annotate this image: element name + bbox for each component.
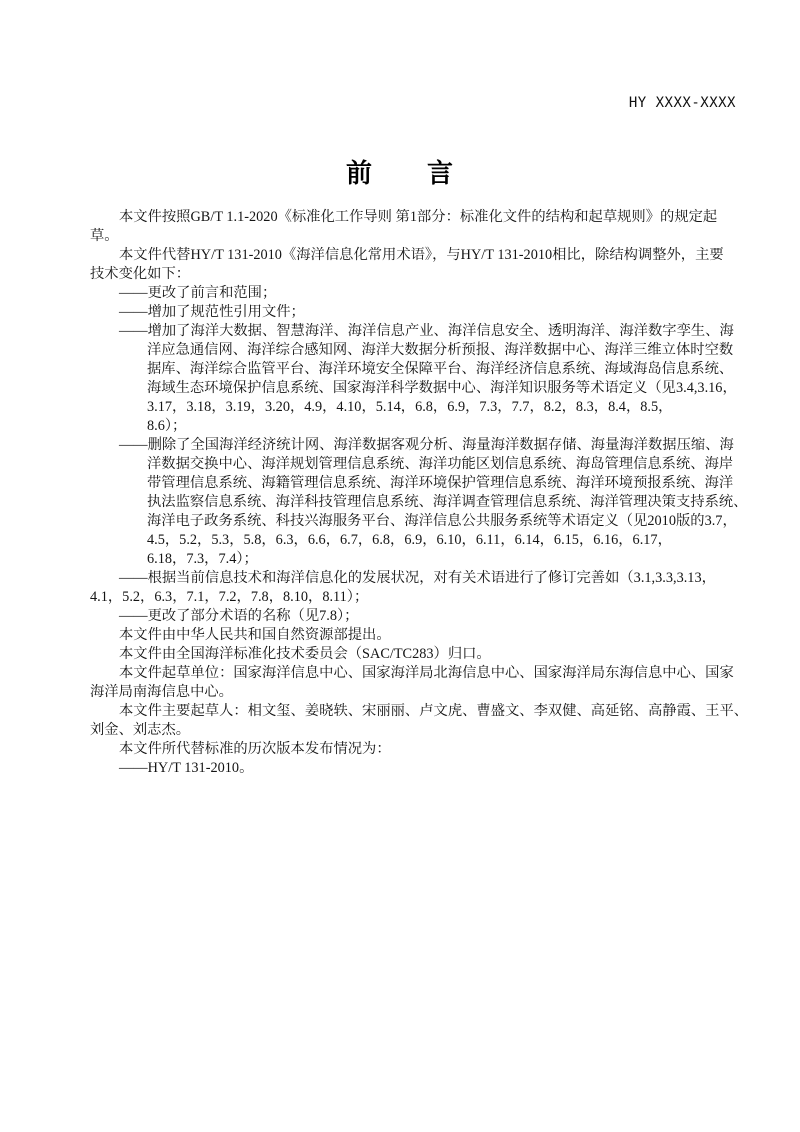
foreword-line: 据库、海洋综合监管平台、海洋环境安全保障平台、海洋经济信息系统、海域海岛信息系统… xyxy=(90,360,750,379)
foreword-list-item: ——更改了前言和范围； xyxy=(90,284,750,303)
foreword-list-item: ——增加了海洋大数据、智慧海洋、海洋信息产业、海洋信息安全、透明海洋、海洋数字孪… xyxy=(90,322,750,341)
foreword-line: 技术变化如下： xyxy=(90,265,750,284)
foreword-line: 本文件由中华人民共和国自然资源部提出。 xyxy=(90,626,750,645)
foreword-line: 3.17，3.18，3.19，3.20，4.9，4.10，5.14，6.8，6.… xyxy=(90,398,750,417)
foreword-list-item: ——增加了规范性引用文件； xyxy=(90,303,750,322)
foreword-line: 本文件主要起草人：相文玺、姜晓轶、宋丽丽、卢文虎、曹盛文、李双健、高延铭、高静霞… xyxy=(90,702,750,721)
foreword-line: 洋数据交换中心、海洋规划管理信息系统、海洋功能区划信息系统、海岛管理信息系统、海… xyxy=(90,455,750,474)
foreword-line: 本文件起草单位：国家海洋信息中心、国家海洋局北海信息中心、国家海洋局东海信息中心… xyxy=(90,664,750,683)
foreword-line: 海洋局南海信息中心。 xyxy=(90,683,750,702)
foreword-line: 刘金、刘志杰。 xyxy=(90,721,750,740)
foreword-line: 海域生态环境保护信息系统、国家海洋科学数据中心、海洋知识服务等术语定义（见3.4… xyxy=(90,379,750,398)
foreword-line: 带管理信息系统、海籍管理信息系统、海洋环境保护管理信息系统、海洋环境预报系统、海… xyxy=(90,474,750,493)
foreword-line: 4.1，5.2，6.3，7.1，7.2，7.8，8.10，8.11）； xyxy=(90,588,750,607)
foreword-body: 本文件按照GB/T 1.1-2020《标准化工作导则 第1部分：标准化文件的结构… xyxy=(90,208,750,778)
document-page: HY XXXX-XXXX 前 言 本文件按照GB/T 1.1-2020《标准化工… xyxy=(0,0,800,1132)
page-title: 前 言 xyxy=(0,153,800,190)
foreword-line: 6.18，7.3，7.4）； xyxy=(90,550,750,569)
foreword-list-item: ——删除了全国海洋经济统计网、海洋数据客观分析、海量海洋数据存储、海量海洋数据压… xyxy=(90,436,750,455)
foreword-line: 本文件代替HY/T 131-2010《海洋信息化常用术语》，与HY/T 131-… xyxy=(90,246,750,265)
foreword-line: 4.5，5.2，5.3，5.8，6.3，6.6，6.7，6.8，6.9，6.10… xyxy=(90,531,750,550)
foreword-line: 海洋电子政务系统、科技兴海服务平台、海洋信息公共服务系统等术语定义（见2010版… xyxy=(90,512,750,531)
foreword-line: 执法监察信息系统、海洋科技管理信息系统、海洋调查管理信息系统、海洋管理决策支持系… xyxy=(90,493,750,512)
foreword-line: 本文件按照GB/T 1.1-2020《标准化工作导则 第1部分：标准化文件的结构… xyxy=(90,208,750,227)
foreword-line: 本文件所代替标准的历次版本发布情况为： xyxy=(90,740,750,759)
foreword-line: 本文件由全国海洋标准化技术委员会（SAC/TC283）归口。 xyxy=(90,645,750,664)
foreword-list-item: ——根据当前信息技术和海洋信息化的发展状况，对有关术语进行了修订完善如（3.1,… xyxy=(90,569,750,588)
foreword-list-item: ——更改了部分术语的名称（见7.8）； xyxy=(90,607,750,626)
foreword-list-item: ——HY/T 131-2010。 xyxy=(90,759,750,778)
foreword-line: 8.6）； xyxy=(90,417,750,436)
foreword-line: 洋应急通信网、海洋综合感知网、海洋大数据分析预报、海洋数据中心、海洋三维立体时空… xyxy=(90,341,750,360)
standard-number: HY XXXX-XXXX xyxy=(629,95,736,111)
foreword-line: 草。 xyxy=(90,227,750,246)
